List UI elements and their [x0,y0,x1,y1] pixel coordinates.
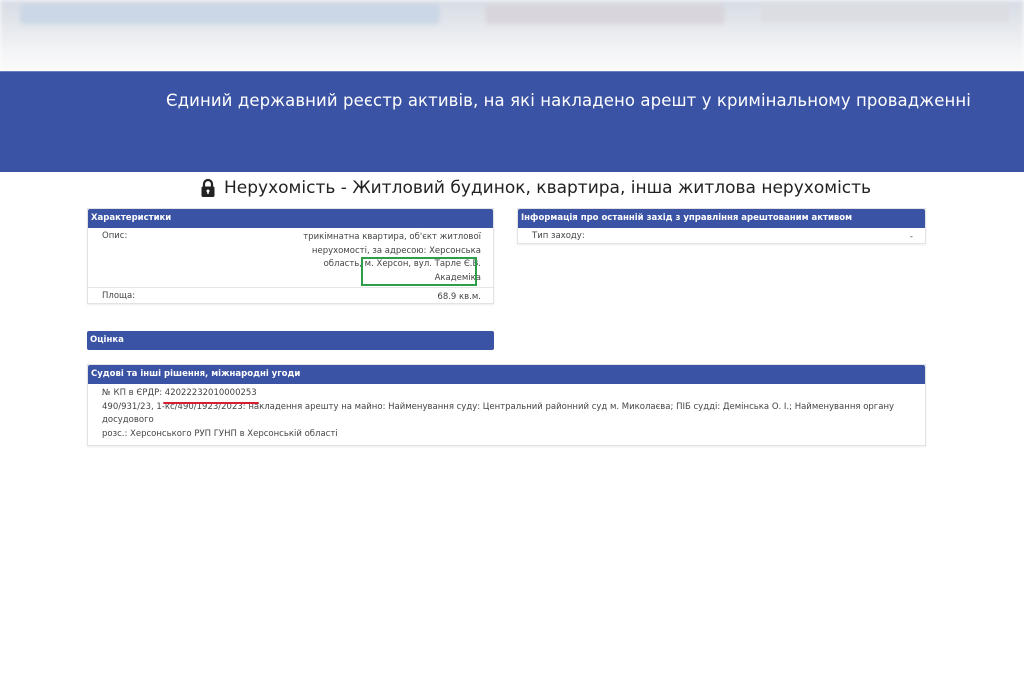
browser-chrome-blurred [0,0,1024,71]
court-decision-details-cont: розс.: Херсонського РУП ГУНП в Херсонськ… [102,428,913,442]
court-decision-entry: № КП в ЄРДР: 42022232010000253 490/931/2… [88,384,925,445]
description-line: Академіка [303,272,481,286]
characteristics-header: Характеристики [88,209,493,228]
erdp-red-underline [163,402,259,404]
lock-icon [200,178,216,198]
characteristics-panel: Характеристики Опис: трикімнатна квартир… [87,208,494,304]
court-decision-details: 490/931/23, 1-кс/490/1923/2023: накладен… [102,401,913,428]
page-heading-text: Нерухомість - Житловий будинок, квартира… [224,178,871,198]
description-line: нерухомості, за адресою: Херсонська [303,245,481,259]
erdp-number-text: 42022232010000253 [165,388,257,398]
description-line: трикімнатна квартира, об'єкт житлової [303,231,481,245]
measure-type-label: Тип заходу: [518,228,585,243]
description-line: область, м. Херсон, вул. Тарле Є.В. [303,258,481,272]
blurred-tab [20,4,440,24]
area-row: Площа: 68.9 кв.м. [88,288,493,303]
blurred-tab [485,4,725,24]
erdp-label: № КП в ЄРДР: [102,388,162,398]
court-decisions-panel: Судові та інші рішення, міжнародні угоди… [87,364,926,446]
area-value: 68.9 кв.м. [437,288,493,303]
blurred-tab [760,4,1010,22]
measure-type-row: Тип заходу: - [518,228,925,243]
measure-type-value: - [910,228,925,243]
page-heading: Нерухомість - Житловий будинок, квартира… [200,176,871,200]
valuation-header[interactable]: Оцінка [87,331,494,350]
description-row: Опис: трикімнатна квартира, об'єкт житло… [88,228,493,288]
erdp-number: 42022232010000253 [165,387,257,401]
court-decisions-header: Судові та інші рішення, міжнародні угоди [88,365,925,384]
site-header: Єдиний державний реєстр активів, на які … [0,71,1024,172]
last-measure-header: Інформація про останній захід з управлін… [518,209,925,228]
description-value: трикімнатна квартира, об'єкт житлової не… [303,228,493,287]
area-label: Площа: [88,288,135,303]
valuation-panel[interactable]: Оцінка [87,331,494,350]
last-measure-panel: Інформація про останній захід з управлін… [517,208,926,244]
erdp-line: № КП в ЄРДР: 42022232010000253 [102,387,913,401]
description-label: Опис: [88,228,127,287]
site-title[interactable]: Єдиний державний реєстр активів, на які … [166,91,971,110]
